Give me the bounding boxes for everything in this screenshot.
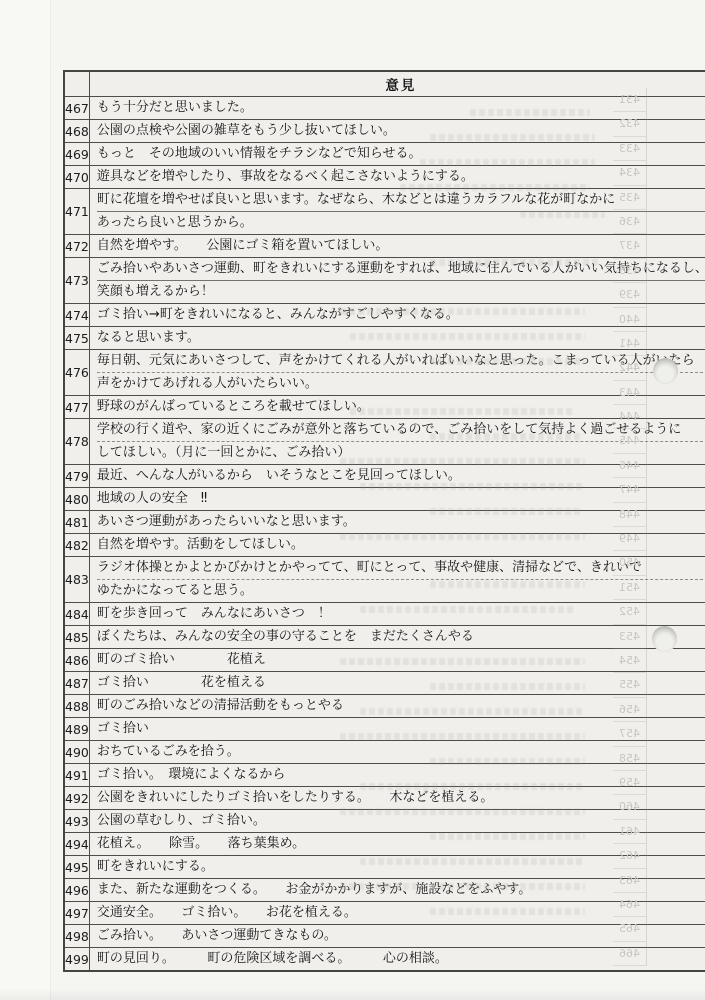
bleed-number: 438 bbox=[613, 259, 646, 283]
bleed-number: 433 bbox=[613, 137, 646, 161]
bleed-number: 457 bbox=[613, 722, 646, 746]
bleed-number: 460 bbox=[613, 795, 646, 819]
bleed-smudge bbox=[430, 758, 585, 765]
bleed-number: 451 bbox=[613, 576, 646, 600]
bleed-number: 436 bbox=[613, 210, 646, 234]
bleed-number: 458 bbox=[613, 747, 646, 771]
bleed-number: 445 bbox=[613, 429, 646, 453]
row-number: 482 bbox=[64, 534, 89, 557]
table-row: 477 野球のがんばっているところを載せてほしい。 bbox=[64, 396, 705, 419]
bleed-smudge bbox=[360, 483, 585, 490]
bleed-smudge bbox=[430, 134, 595, 141]
bleed-number: 448 bbox=[613, 503, 646, 527]
table-row: 474 ゴミ拾い→町をきれいになると、みんながすごしやすくなる。 bbox=[64, 304, 705, 327]
table-row: 472 自然を増やす。 公園にゴミ箱を置いてほしい。 bbox=[64, 235, 705, 258]
bleed-number: 441 bbox=[613, 332, 646, 356]
bleed-smudge bbox=[340, 533, 585, 540]
row-number: 499 bbox=[64, 948, 89, 972]
bleed-smudge bbox=[430, 683, 585, 690]
bleed-number: 440 bbox=[613, 308, 646, 332]
bleed-smudge bbox=[340, 883, 585, 890]
row-number: 467 bbox=[64, 97, 89, 120]
table-row: 476 毎日朝、元気にあいさつして、声をかけてくれる人がいればいいなと思った。こ… bbox=[64, 350, 705, 396]
row-number: 492 bbox=[64, 787, 89, 810]
table-row: 473 ごみ拾いやあいさつ運動、町をきれいにする運動をすれば、地域に住んでいる人… bbox=[64, 258, 705, 304]
bleed-number: 455 bbox=[613, 673, 646, 697]
table-row: 494 花植え。 除雪。 落ち葉集め。 bbox=[64, 833, 705, 856]
table-row: 469 もっと その地域のいい情報をチラシなどで知らせる。 bbox=[64, 143, 705, 166]
row-number: 470 bbox=[64, 166, 89, 189]
bleed-number: 464 bbox=[613, 893, 646, 917]
table-row: 487 ゴミ拾い 花を植える bbox=[64, 672, 705, 695]
bleed-smudge bbox=[430, 908, 585, 915]
row-number: 494 bbox=[64, 833, 89, 856]
row-number: 468 bbox=[64, 120, 89, 143]
table-row: 481 あいさつ運動があったらいいなと思います。 bbox=[64, 511, 705, 534]
bleed-number: 449 bbox=[613, 527, 646, 551]
bleed-smudge bbox=[430, 508, 580, 515]
row-number: 490 bbox=[64, 741, 89, 764]
bleed-smudge bbox=[430, 581, 585, 588]
bleed-smudge bbox=[430, 259, 600, 266]
row-number: 497 bbox=[64, 902, 89, 925]
row-number: 475 bbox=[64, 327, 89, 350]
scan-page-bottom-edge bbox=[0, 988, 705, 1000]
bleed-number: 461 bbox=[613, 820, 646, 844]
bleed-number: 431 bbox=[613, 88, 646, 112]
bleed-number: 434 bbox=[613, 161, 646, 185]
row-number: 478 bbox=[64, 419, 89, 465]
bleed-number: 439 bbox=[613, 283, 646, 307]
bleed-number: 452 bbox=[613, 600, 646, 624]
bleed-number: 456 bbox=[613, 698, 646, 722]
bleed-smudge bbox=[360, 708, 585, 715]
row-number: 480 bbox=[64, 488, 89, 511]
table-row: 480 地域の人の安全 ‼ bbox=[64, 488, 705, 511]
bleed-number: 435 bbox=[613, 186, 646, 210]
opinion-table: 意見 467 もう十分だと思いました。 468 公園の点検や公園の雑草をもう少し… bbox=[63, 70, 705, 972]
punch-hole-bottom bbox=[652, 626, 677, 652]
bleed-smudge bbox=[420, 159, 595, 166]
table-row: 483 ラジオ体操とかよとかびかけとかやってて、町にとって、事故や健康、清掃など… bbox=[64, 557, 705, 603]
row-number: 483 bbox=[64, 557, 89, 603]
bleed-smudge bbox=[340, 308, 585, 315]
bleed-number: 432 bbox=[613, 112, 646, 136]
bleed-smudge bbox=[340, 658, 585, 665]
bleed-number: 453 bbox=[613, 625, 646, 649]
row-number: 486 bbox=[64, 649, 89, 672]
bleed-number: 466 bbox=[613, 942, 646, 966]
header-number-cell bbox=[64, 71, 89, 97]
bleed-number: 450 bbox=[613, 551, 646, 575]
table-row: 468 公園の点検や公園の雑草をもう少し抜いてほしい。 bbox=[64, 120, 705, 143]
row-number: 487 bbox=[64, 672, 89, 695]
table-header-row: 意見 bbox=[64, 71, 705, 97]
bleed-number: 444 bbox=[613, 405, 646, 429]
bleed-smudge bbox=[340, 458, 585, 465]
row-number: 469 bbox=[64, 143, 89, 166]
scanned-survey-page: { "header": { "opinion_label": "意見" }, "… bbox=[0, 0, 705, 1000]
bleed-smudge bbox=[340, 733, 585, 740]
bleed-through-layer: 4314324334344354364374384394404414424434… bbox=[613, 88, 647, 966]
bleed-smudge bbox=[520, 211, 605, 218]
row-number: 472 bbox=[64, 235, 89, 258]
bleed-number: 462 bbox=[613, 844, 646, 868]
row-number: 485 bbox=[64, 626, 89, 649]
table-row: 471 町に花壇を増やせば良いと思います。なぜなら、木などとは違うカラフルな花が… bbox=[64, 189, 705, 235]
row-number: 484 bbox=[64, 603, 89, 626]
row-number: 495 bbox=[64, 856, 89, 879]
row-number: 489 bbox=[64, 718, 89, 741]
table-row: 498 ごみ拾い。 あいさつ運動てきなもの。 bbox=[64, 925, 705, 948]
row-number: 474 bbox=[64, 304, 89, 327]
row-number: 476 bbox=[64, 350, 89, 396]
row-number: 481 bbox=[64, 511, 89, 534]
table-row: 496 また、新たな運動をつくる。 お金がかかりますが、施設などをふやす。 bbox=[64, 879, 705, 902]
row-number: 493 bbox=[64, 810, 89, 833]
row-number: 491 bbox=[64, 764, 89, 787]
table-row: 499 町の見回り。 町の危険区域を調べる。 心の相談。 bbox=[64, 948, 705, 972]
bleed-number: 465 bbox=[613, 917, 646, 941]
table-row: 470 遊具などを増やしたり、事故をなるべく起こさないようにする。 bbox=[64, 166, 705, 189]
bleed-number: 443 bbox=[613, 381, 646, 405]
punch-hole-top bbox=[653, 358, 678, 384]
bleed-number: 447 bbox=[613, 478, 646, 502]
bleed-smudge bbox=[430, 433, 580, 440]
table-row: 467 もう十分だと思いました。 bbox=[64, 97, 705, 120]
bleed-number: 442 bbox=[613, 356, 646, 380]
bleed-number: 437 bbox=[613, 234, 646, 258]
bleed-smudge bbox=[350, 333, 585, 340]
table-row: 497 交通安全。 ゴミ拾い。 お花を植える。 bbox=[64, 902, 705, 925]
row-number: 479 bbox=[64, 465, 89, 488]
row-number: 498 bbox=[64, 925, 89, 948]
row-number: 488 bbox=[64, 695, 89, 718]
bleed-smudge bbox=[360, 858, 585, 865]
bleed-number: 459 bbox=[613, 771, 646, 795]
row-number: 496 bbox=[64, 879, 89, 902]
bleed-number: 463 bbox=[613, 869, 646, 893]
bleed-smudge bbox=[470, 109, 590, 116]
bleed-smudge bbox=[430, 833, 585, 840]
scan-page-left-margin bbox=[0, 0, 51, 1000]
bleed-smudge bbox=[430, 358, 585, 365]
table-row: 485 ぼくたちは、みんなの安全の事の守ることを まだたくさんやる bbox=[64, 626, 705, 649]
bleed-smudge bbox=[340, 808, 585, 815]
row-number: 477 bbox=[64, 396, 89, 419]
bleed-number: 454 bbox=[613, 649, 646, 673]
table-row: 490 おちているごみを拾う。 bbox=[64, 741, 705, 764]
bleed-number: 446 bbox=[613, 454, 646, 478]
bleed-smudge bbox=[360, 783, 585, 790]
bleed-smudge bbox=[360, 606, 575, 613]
bleed-smudge bbox=[400, 184, 590, 191]
row-number: 471 bbox=[64, 189, 89, 235]
bleed-smudge bbox=[350, 408, 575, 415]
row-number: 473 bbox=[64, 258, 89, 304]
